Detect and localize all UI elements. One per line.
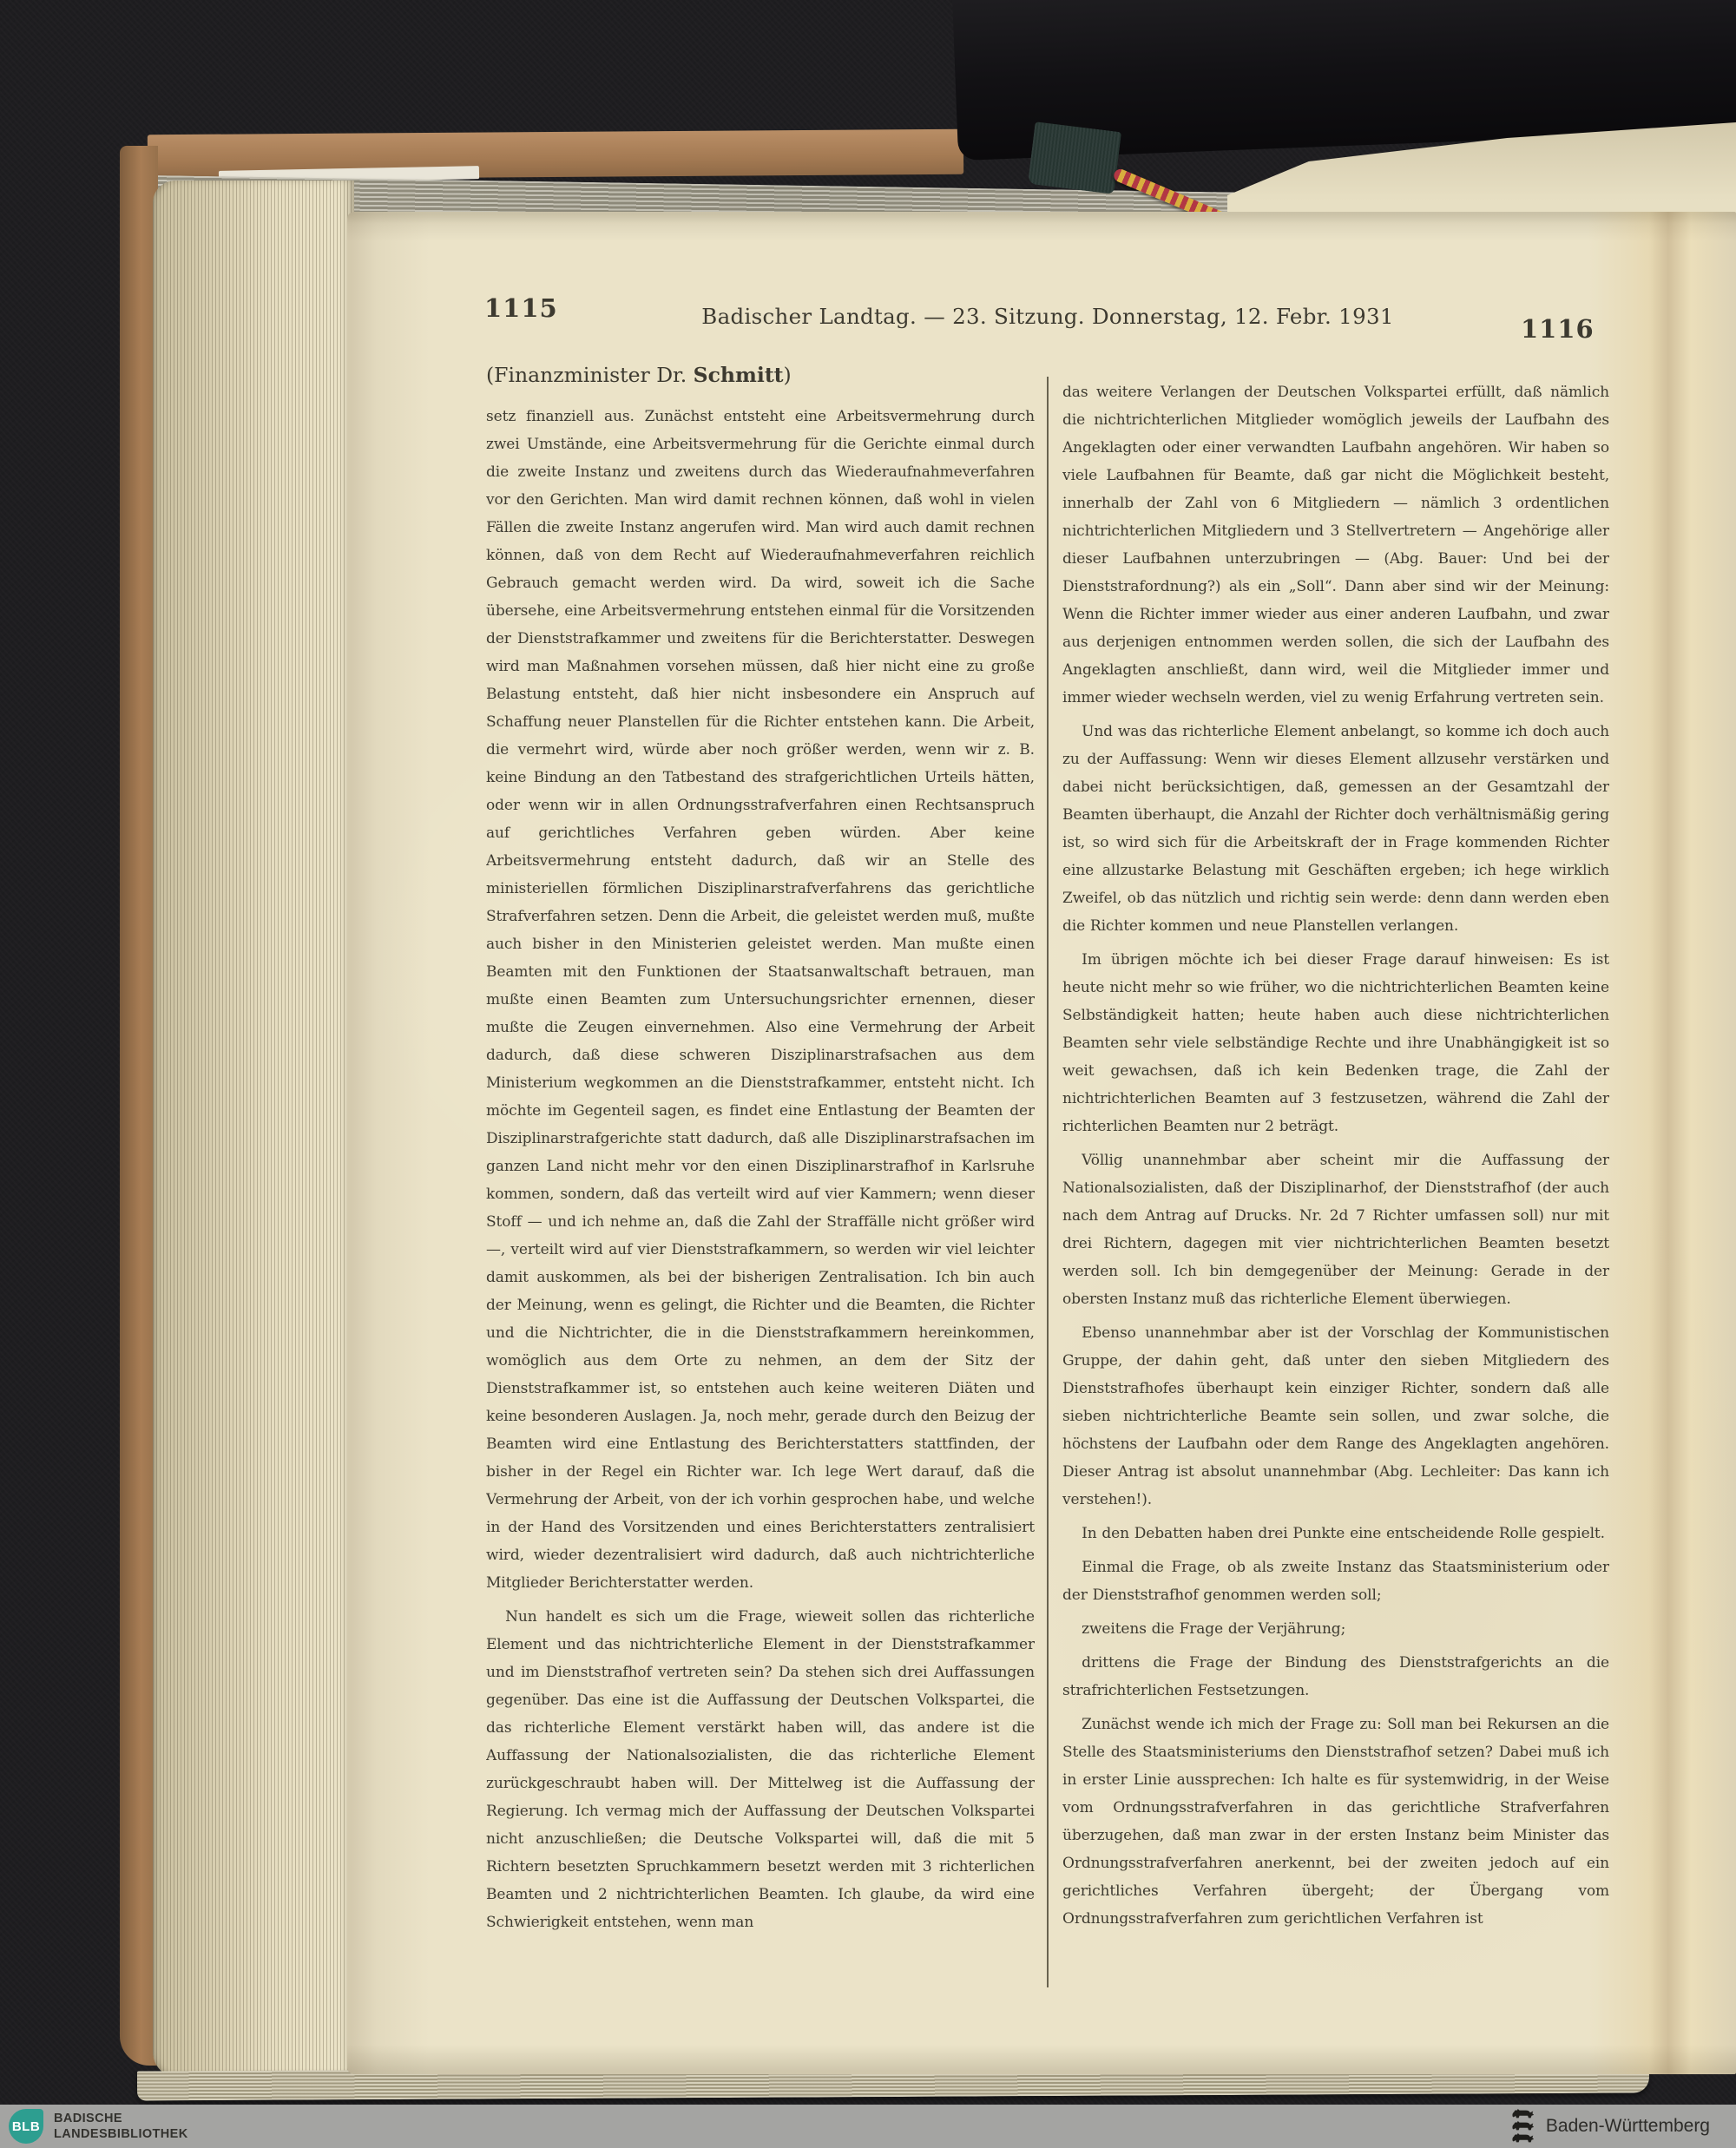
book-cover-corner [1028, 122, 1121, 194]
viewer-footer-bar: BLB BADISCHE LANDESBIBLIOTHEK Baden-Würt… [0, 2105, 1736, 2148]
paragraph: Ebenso unannehmbar aber ist der Vorschla… [1062, 1319, 1609, 1514]
paragraph: das weitere Verlangen der Deutschen Volk… [1062, 378, 1609, 712]
speaker-heading: (Finanzminister Dr. Schmitt) [486, 363, 792, 387]
paragraph: Zunächst wende ich mich der Frage zu: So… [1062, 1711, 1609, 1933]
paragraph: Nun handelt es sich um die Frage, wiewei… [486, 1603, 1035, 1936]
paragraph: zweitens die Frage der Verjährung; [1062, 1615, 1609, 1643]
paragraph: drittens die Frage der Bindung des Diens… [1062, 1649, 1609, 1705]
speaker-heading-prefix: (Finanzminister Dr. [486, 363, 694, 387]
blb-logo-icon: BLB [9, 2109, 43, 2144]
text-column-left: setz finanziell aus. Zunächst entsteht e… [486, 403, 1035, 2000]
library-name: BADISCHE LANDESBIBLIOTHEK [54, 2111, 188, 2142]
page-number-right: 1116 [1521, 314, 1595, 344]
speaker-heading-suffix: ) [784, 363, 792, 387]
baden-wuerttemberg-coat-of-arms-icon [1509, 2108, 1535, 2145]
library-branding: BLB BADISCHE LANDESBIBLIOTHEK [9, 2109, 188, 2144]
paragraph: setz finanziell aus. Zunächst entsteht e… [486, 403, 1035, 1597]
paragraph: Im übrigen möchte ich bei dieser Frage d… [1062, 946, 1609, 1140]
speaker-heading-name: Schmitt [694, 363, 784, 387]
column-divider-rule [1047, 377, 1049, 1987]
library-name-line1: BADISCHE [54, 2111, 188, 2126]
state-branding: Baden-Württemberg [1509, 2108, 1710, 2145]
paragraph: In den Debatten haben drei Punkte eine e… [1062, 1520, 1609, 1547]
page-block-fore-edges [153, 181, 354, 2078]
text-column-right: das weitere Verlangen der Deutschen Volk… [1062, 378, 1609, 2015]
page-number-left: 1115 [484, 293, 558, 323]
page-running-header: Badischer Landtag. — 23. Sitzung. Donner… [614, 304, 1482, 329]
state-name-label: Baden-Württemberg [1546, 2116, 1710, 2137]
paragraph: Völlig unannehmbar aber scheint mir die … [1062, 1146, 1609, 1313]
library-name-line2: LANDESBIBLIOTHEK [54, 2126, 188, 2142]
paragraph: Einmal die Frage, ob als zweite Instanz … [1062, 1554, 1609, 1609]
scanned-book-page: 1115 Badischer Landtag. — 23. Sitzung. D… [347, 212, 1736, 2074]
paragraph: Und was das richterliche Element anbelan… [1062, 718, 1609, 940]
